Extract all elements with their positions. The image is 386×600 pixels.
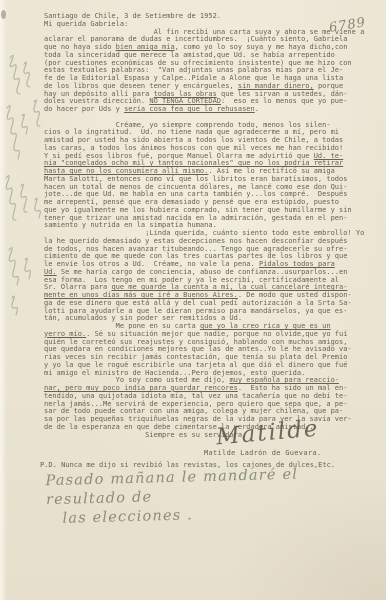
paragraph: Créame, yo siempre comprendo todo, menos… — [44, 122, 378, 231]
paragraph: Al fin recibí una carta suya y ahora se … — [44, 29, 378, 122]
signature-typed: Matilde Ladrón de Guevara. — [204, 449, 321, 457]
underlined-phrase: hasta que no los consumiera allí mismo. — [44, 167, 208, 175]
underlined-phrase: bien amiga mía — [116, 43, 175, 51]
underlined-phrase: mente en unos días más que iré a Buenos … — [44, 291, 238, 299]
paragraph: Yo soy como usted me dijo, muy española … — [44, 377, 378, 439]
postscript-handwritten: Pasado mañana le mandaré el resultado de… — [45, 464, 366, 529]
underlined-phrase: sería cosa fea que lo rehusasen — [124, 105, 255, 113]
underlined-phrase: Ud. — [44, 268, 57, 276]
underlined-phrase: Pídalos todos para — [259, 260, 335, 268]
paragraph: Me pone en su carta que yo la creo rica … — [44, 323, 378, 377]
underlined-phrase: que yo la creo rica y que es un — [200, 322, 331, 330]
typed-line: do hacer por Uds y sería cosa fea que lo… — [44, 106, 378, 114]
postscript-handwritten-line: Pasado mañana le mandaré el resultado de — [45, 464, 366, 510]
underlined-phrase: sin mandar dinero, — [238, 82, 314, 90]
margin-scribbles-pencil-icon — [0, 50, 46, 320]
typed-letter: Santiago de Chile, 3 de Setiembre de 195… — [44, 13, 378, 439]
underlined-phrase: nar, pero muy poco india para guardar re… — [44, 384, 238, 392]
typed-line: Siempre es su servidora — [44, 432, 378, 440]
letter-body: Al fin recibí una carta suya y ahora se … — [44, 29, 378, 440]
scanned-letter-page: 6789 Santiago de Chile, 3 de Setiembre d… — [0, 0, 386, 600]
paragraph: ¡Linda querida, cuánto siento todo este … — [44, 230, 378, 323]
scan-edge-mark — [1, 10, 6, 19]
underlined-phrase: yerro mío. — [44, 330, 86, 338]
